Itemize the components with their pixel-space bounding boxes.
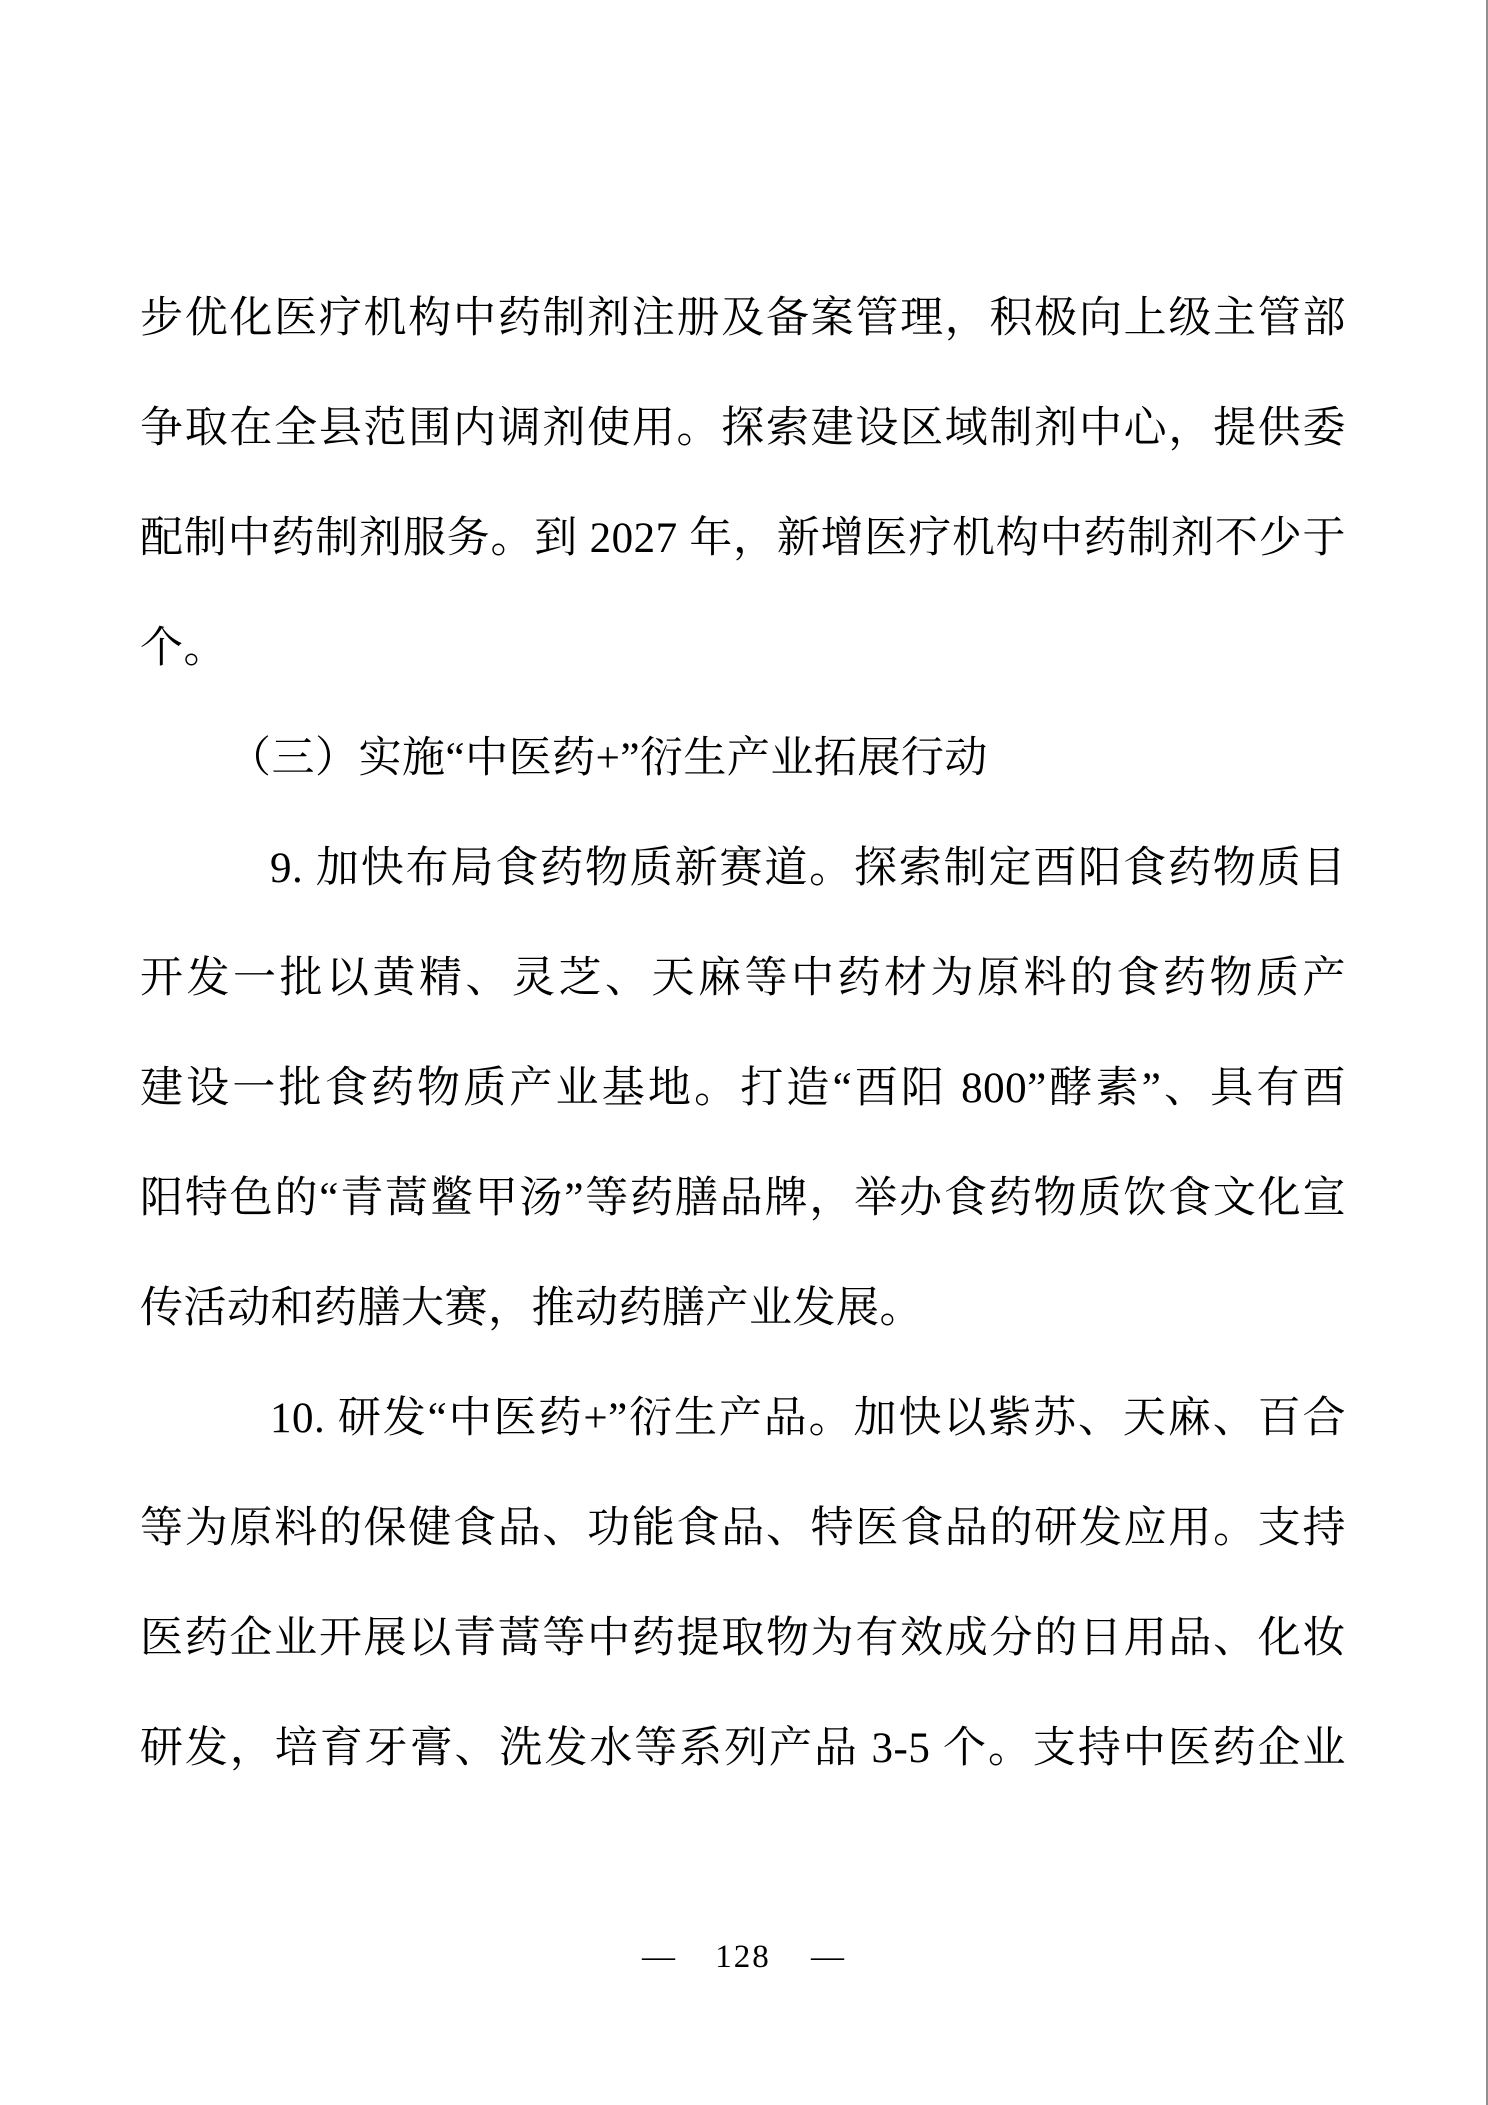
document-body: 步优化医疗机构中药制剂注册及备案管理，积极向上级主管部门 争取在全县范围内调剂使… [140, 264, 1346, 1804]
body-line: 步优化医疗机构中药制剂注册及备案管理，积极向上级主管部门 [140, 264, 1346, 374]
body-line: 传活动和药膳大赛，推动药膳产业发展。 [140, 1254, 1346, 1364]
body-line: 配制中药制剂服务。到 2027 年，新增医疗机构中药制剂不少于 3 [140, 484, 1346, 594]
body-line: 10. 研发“中医药+”衍生产品。加快以紫苏、天麻、百合 [140, 1364, 1346, 1474]
page-footer: — 128 — [0, 1930, 1486, 1984]
body-line: 争取在全县范围内调剂使用。探索建设区域制剂中心，提供委托 [140, 374, 1346, 484]
body-line: 等为原料的保健食品、功能食品、特医食品的研发应用。支持中 [140, 1474, 1346, 1584]
body-line: 9. 加快布局食药物质新赛道。探索制定酉阳食药物质目录， [140, 814, 1346, 924]
body-line: 个。 [140, 594, 1346, 704]
document-page: 步优化医疗机构中药制剂注册及备案管理，积极向上级主管部门 争取在全县范围内调剂使… [0, 0, 1488, 2105]
body-line: 开发一批以黄精、灵芝、天麻等中药材为原料的食药物质产品， [140, 924, 1346, 1034]
body-line: 建设一批食药物质产业基地。打造“酉阳 800”酵素”、具有酉 [140, 1034, 1346, 1144]
footer-dash-left: — [642, 1930, 675, 1984]
body-line: 阳特色的“青蒿鳖甲汤”等药膳品牌，举办食药物质饮食文化宣 [140, 1144, 1346, 1254]
footer-dash-right: — [811, 1930, 844, 1984]
section-heading: （三）实施“中医药+”衍生产业拓展行动 [140, 704, 1346, 814]
body-line: 医药企业开展以青蒿等中药提取物为有效成分的日用品、化妆品 [140, 1584, 1346, 1694]
page-number: 128 [715, 1930, 771, 1984]
body-line: 研发，培育牙膏、洗发水等系列产品 3-5 个。支持中医药企业加 [140, 1694, 1346, 1804]
